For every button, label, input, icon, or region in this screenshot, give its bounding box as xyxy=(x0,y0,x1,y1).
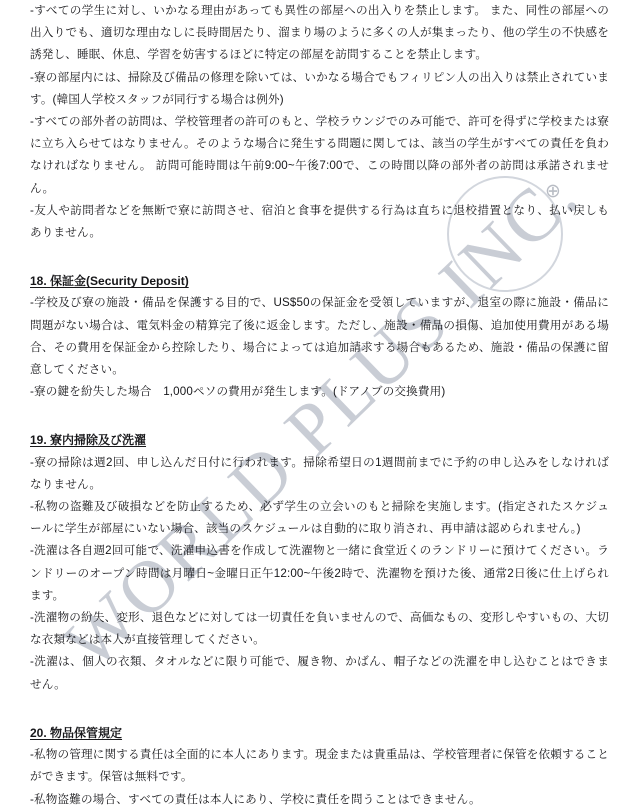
body-paragraph: -寮の掃除は週2回、申し込んだ日付に行われます。掃除希望日の1週間前までに予約の… xyxy=(30,452,609,496)
section-heading: 18. 保証金(Security Deposit) xyxy=(30,270,609,292)
body-paragraph: -私物盗難の場合、すべての責任は本人にあり、学校に責任を問うことはできません。 xyxy=(30,789,609,809)
body-paragraph: -寮の部屋内には、掃除及び備品の修理を除いては、いかなる場合でもフィリピン人の出… xyxy=(30,67,609,111)
body-paragraph: -寮の鍵を紛失した場合 1,000ペソの費用が発生します。(ドアノブの交換費用) xyxy=(30,381,609,403)
body-paragraph: -すべての部外者の訪問は、学校管理者の許可のもと、学校ラウンジでのみ可能で、許可… xyxy=(30,111,609,200)
body-paragraph: -私物の管理に関する責任は全面的に本人にあります。現金または貴重品は、学校管理者… xyxy=(30,744,609,788)
body-paragraph: -私物の盗難及び破損などを防止するため、必ず学生の立会いのもと掃除を実施します。… xyxy=(30,496,609,540)
body-paragraph: -洗濯は各自週2回可能で、洗濯申込書を作成して洗濯物と一緒に食堂近くのランドリー… xyxy=(30,540,609,607)
body-paragraph: -学校及び寮の施設・備品を保護する目的で、US$50の保証金を受領していますが、… xyxy=(30,292,609,381)
section-heading: 19. 寮内掃除及び洗濯 xyxy=(30,429,609,451)
body-paragraph: -洗濯物の紛失、変形、退色などに対しては一切責任を負いませんので、高価なもの、変… xyxy=(30,607,609,651)
body-paragraph: -すべての学生に対し、いかなる理由があっても異性の部屋への出入りを禁止します。 … xyxy=(30,0,609,67)
document-body: -すべての学生に対し、いかなる理由があっても異性の部屋への出入りを禁止します。 … xyxy=(0,0,635,809)
body-paragraph: -洗濯は、個人の衣類、タオルなどに限り可能で、履き物、かばん、帽子などの洗濯を申… xyxy=(30,651,609,695)
section-heading: 20. 物品保管規定 xyxy=(30,722,609,744)
document-page: WORLD PLUS INC. ⊕ -すべての学生に対し、いかなる理由があっても… xyxy=(0,0,635,809)
body-paragraph: -友人や訪問者などを無断で寮に訪問させ、宿泊と食事を提供する行為は直ちに退校措置… xyxy=(30,200,609,244)
